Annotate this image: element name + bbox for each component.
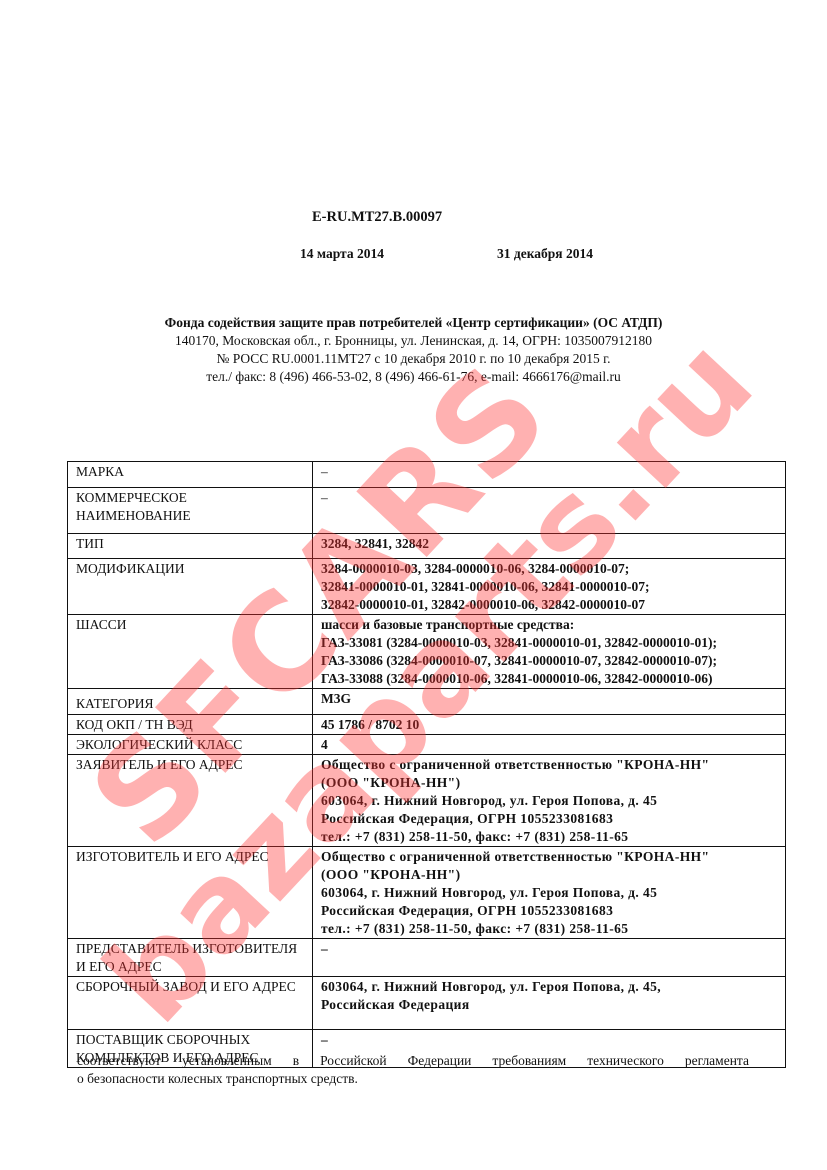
row-value: Общество с ограниченной ответственностью… <box>313 847 786 939</box>
value-line: 45 1786 / 8702 10 <box>321 716 777 734</box>
value-line: ГАЗ-33088 (3284-0000010-06, 32841-000001… <box>321 670 777 688</box>
table-row: ЭКОЛОГИЧЕСКИЙ КЛАСС 4 <box>68 735 786 755</box>
row-label: СБОРОЧНЫЙ ЗАВОД И ЕГО АДРЕС <box>68 977 313 1030</box>
table-row: МОДИФИКАЦИИ 3284-0000010-03, 3284-000001… <box>68 559 786 615</box>
certification-body-block: Фонда содействия защите прав потребителе… <box>0 314 827 386</box>
row-label: ЭКОЛОГИЧЕСКИЙ КЛАСС <box>68 735 313 755</box>
vehicle-spec-table: МАРКА – КОММЕРЧЕСКОЕ НАИМЕНОВАНИЕ – ТИП … <box>67 461 786 1068</box>
issue-date: 14 марта 2014 <box>300 246 384 262</box>
row-label: МАРКА <box>68 462 313 488</box>
value-line: M3G <box>321 690 777 708</box>
row-label: ЗАЯВИТЕЛЬ И ЕГО АДРЕС <box>68 755 313 847</box>
row-value: – <box>313 939 786 977</box>
expiry-date: 31 декабря 2014 <box>497 246 593 262</box>
row-value: M3G <box>313 689 786 715</box>
table-row: КОД ОКП / ТН ВЭД 45 1786 / 8702 10 <box>68 715 786 735</box>
value-line: Российская Федерация, ОГРН 1055233081683 <box>321 810 777 828</box>
row-label: КОММЕРЧЕСКОЕ НАИМЕНОВАНИЕ <box>68 488 313 534</box>
value-line: 4 <box>321 736 777 754</box>
table-row: ШАССИ шасси и базовые транспортные средс… <box>68 615 786 689</box>
value-line: (ООО "КРОНА-НН") <box>321 866 777 884</box>
value-line: шасси и базовые транспортные средства: <box>321 616 777 634</box>
value-line: 32841-0000010-01, 32841-0000010-06, 3284… <box>321 578 777 596</box>
row-value: 45 1786 / 8702 10 <box>313 715 786 735</box>
value-line: (ООО "КРОНА-НН") <box>321 774 777 792</box>
row-value: 3284, 32841, 32842 <box>313 534 786 559</box>
table-row: КАТЕГОРИЯ M3G <box>68 689 786 715</box>
table-row: ТИП 3284, 32841, 32842 <box>68 534 786 559</box>
table-row: ПРЕДСТАВИТЕЛЬ ИЗГОТОВИТЕЛЯ И ЕГО АДРЕС – <box>68 939 786 977</box>
conformity-statement-line-2: о безопасности колесных транспортных сре… <box>77 1070 749 1088</box>
table-row: ИЗГОТОВИТЕЛЬ И ЕГО АДРЕС Общество с огра… <box>68 847 786 939</box>
value-line: Общество с ограниченной ответственностью… <box>321 848 777 866</box>
conformity-statement: соответствуют установленным в Российской… <box>77 1052 749 1088</box>
value-line: – <box>321 1031 777 1049</box>
value-line: 603064, г. Нижний Новгород, ул. Героя По… <box>321 884 777 902</box>
value-line: Общество с ограниченной ответственностью… <box>321 756 777 774</box>
row-label: МОДИФИКАЦИИ <box>68 559 313 615</box>
row-label: ШАССИ <box>68 615 313 689</box>
row-value: 603064, г. Нижний Новгород, ул. Героя По… <box>313 977 786 1030</box>
value-line: 603064, г. Нижний Новгород, ул. Героя По… <box>321 792 777 810</box>
value-line: – <box>321 940 777 958</box>
value-line: ГАЗ-33081 (3284-0000010-03, 32841-000001… <box>321 634 777 652</box>
value-line: тел.: +7 (831) 258-11-50, факс: +7 (831)… <box>321 828 777 846</box>
certification-body-contacts: тел./ факс: 8 (496) 466-53-02, 8 (496) 4… <box>0 368 827 386</box>
certification-body-name: Фонда содействия защите прав потребителе… <box>0 314 827 332</box>
row-label: КАТЕГОРИЯ <box>68 689 313 715</box>
row-value: 4 <box>313 735 786 755</box>
row-value: – <box>313 462 786 488</box>
table-row: СБОРОЧНЫЙ ЗАВОД И ЕГО АДРЕС 603064, г. Н… <box>68 977 786 1030</box>
value-line: 603064, г. Нижний Новгород, ул. Героя По… <box>321 978 777 996</box>
row-value: 3284-0000010-03, 3284-0000010-06, 3284-0… <box>313 559 786 615</box>
certification-body-address: 140170, Московская обл., г. Бронницы, ул… <box>0 332 827 350</box>
table-row: КОММЕРЧЕСКОЕ НАИМЕНОВАНИЕ – <box>68 488 786 534</box>
row-value: Общество с ограниченной ответственностью… <box>313 755 786 847</box>
value-line: тел.: +7 (831) 258-11-50, факс: +7 (831)… <box>321 920 777 938</box>
row-label: ТИП <box>68 534 313 559</box>
value-line: 32842-0000010-01, 32842-0000010-06, 3284… <box>321 596 777 614</box>
value-line: 3284-0000010-03, 3284-0000010-06, 3284-0… <box>321 560 777 578</box>
value-line: – <box>321 463 777 481</box>
value-line: Российская Федерация <box>321 996 777 1014</box>
table-row: ЗАЯВИТЕЛЬ И ЕГО АДРЕС Общество с огранич… <box>68 755 786 847</box>
table-row: МАРКА – <box>68 462 786 488</box>
value-line: 3284, 32841, 32842 <box>321 535 777 553</box>
row-label: КОД ОКП / ТН ВЭД <box>68 715 313 735</box>
value-line: ГАЗ-33086 (3284-0000010-07, 32841-000001… <box>321 652 777 670</box>
row-label: ПРЕДСТАВИТЕЛЬ ИЗГОТОВИТЕЛЯ И ЕГО АДРЕС <box>68 939 313 977</box>
value-line: – <box>321 489 777 507</box>
certificate-number: E-RU.MT27.B.00097 <box>312 209 442 226</box>
certification-body-accreditation: № РОСС RU.0001.11МТ27 с 10 декабря 2010 … <box>0 350 827 368</box>
row-value: – <box>313 488 786 534</box>
row-value: шасси и базовые транспортные средства: Г… <box>313 615 786 689</box>
row-label: ИЗГОТОВИТЕЛЬ И ЕГО АДРЕС <box>68 847 313 939</box>
value-line: Российская Федерация, ОГРН 1055233081683 <box>321 902 777 920</box>
conformity-statement-line-1: соответствуют установленным в Российской… <box>77 1052 749 1070</box>
